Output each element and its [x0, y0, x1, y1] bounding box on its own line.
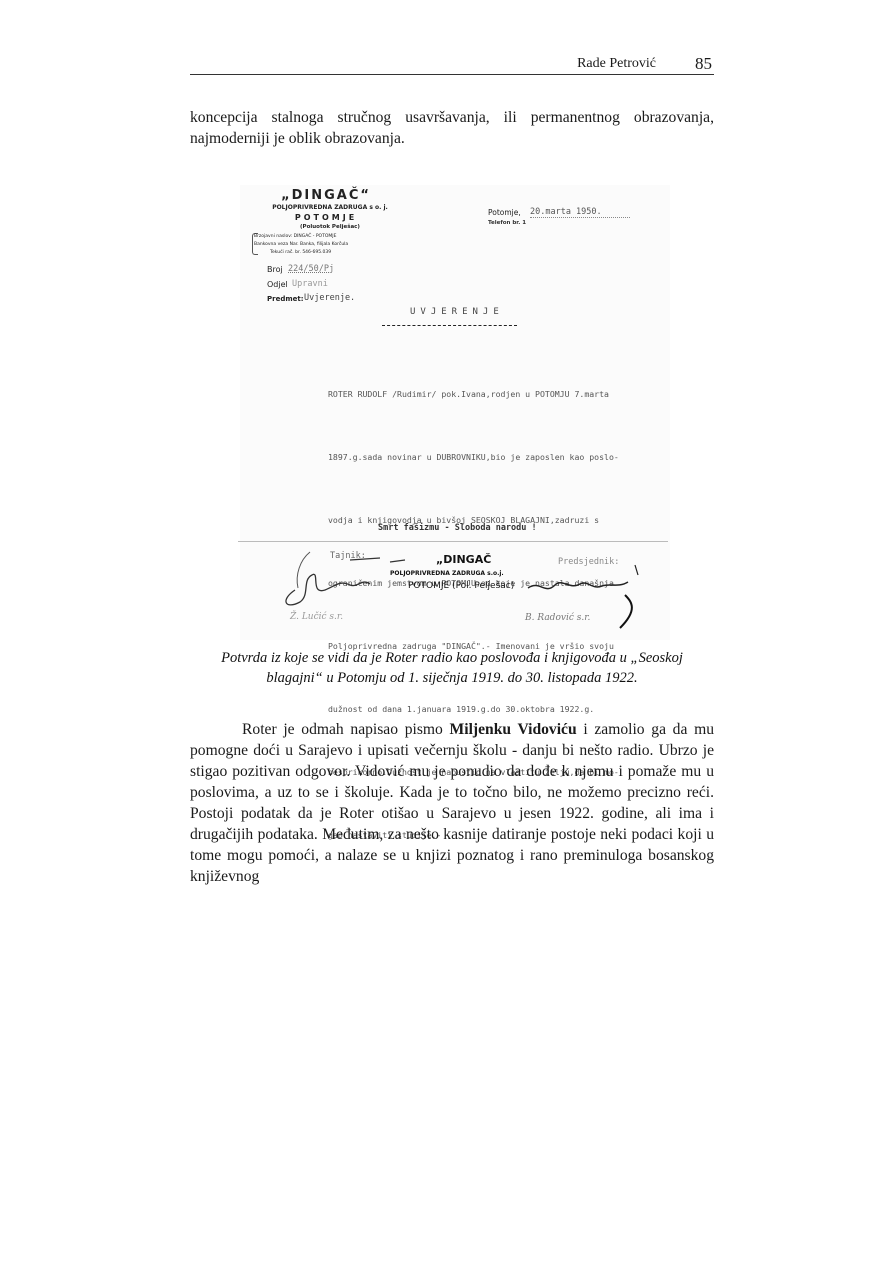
paragraph-main-before: Roter je odmah napisao pismo — [242, 721, 450, 738]
letterhead-peninsula: (Poluotok Pelješac) — [250, 224, 410, 230]
header-author: Rade Petrović — [577, 56, 656, 72]
scanned-certificate: „DINGAČ“ POLJOPRIVREDNA ZADRUGA s o. j. … — [240, 185, 670, 640]
title-underline — [382, 325, 517, 326]
field-value-subject: Uvjerenje. — [304, 293, 355, 303]
page-number: 85 — [695, 54, 712, 74]
body-line: dužnost od dana 1.januara 1919.g.do 30.o… — [328, 699, 638, 720]
letterhead-bank: Bankovna veza Nar. Banka, filijala Korču… — [254, 242, 404, 247]
paragraph-main: Roter je odmah napisao pismo Miljenku Vi… — [190, 719, 714, 887]
figure-caption: Potvrda iz koje se vidi da je Roter radi… — [200, 648, 704, 688]
body-line: ROTER RUDOLF /Rudimir/ pok.Ivana,rodjen … — [328, 384, 638, 405]
body-line: 1897.g.sada novinar u DUBROVNIKU,bio je … — [328, 447, 638, 468]
field-label-subject: Predmet: — [267, 295, 304, 303]
field-label-number: Broj — [267, 265, 283, 274]
president-name: B. Radović s.r. — [525, 613, 590, 623]
field-value-department: Upravni — [292, 279, 328, 289]
handwritten-signatures-icon — [240, 540, 670, 640]
letterhead-telegraph: Brzojavni naslov: DINGAČ - POTOMJE — [254, 234, 404, 239]
place-label: Potomje, — [488, 208, 521, 217]
field-value-number: 224/50/Pj — [288, 264, 334, 274]
telephone-label: Telefon br. 1 — [488, 220, 526, 226]
slogan: Smrt fašizmu - Sloboda narodu ! — [378, 523, 537, 533]
letterhead-town: POTOMJE — [246, 213, 406, 222]
document-date: 20.marta 1950. — [530, 207, 630, 218]
field-label-department: Odjel — [267, 280, 288, 289]
certificate-title: UVJERENJE — [410, 307, 504, 317]
letterhead-coop: POLJOPRIVREDNA ZADRUGA s o. j. — [250, 204, 410, 211]
paragraph-intro: koncepcija stalnoga stručnog usavršavanj… — [190, 107, 714, 149]
book-page: Rade Petrović 85 koncepcija stalnoga str… — [0, 0, 892, 1263]
letterhead-account: Tekući rač. br. 546-695.039 — [270, 250, 420, 255]
paragraph-main-after: i zamolio ga da mu pomogne doći u Saraje… — [190, 721, 714, 885]
letterhead-name: „DINGAČ“ — [246, 188, 406, 203]
secretary-name: Ž. Lučić s.r. — [290, 612, 343, 622]
running-header: Rade Petrović 85 — [190, 52, 714, 75]
paragraph-main-bold-name: Miljenku Vidoviću — [450, 721, 577, 738]
